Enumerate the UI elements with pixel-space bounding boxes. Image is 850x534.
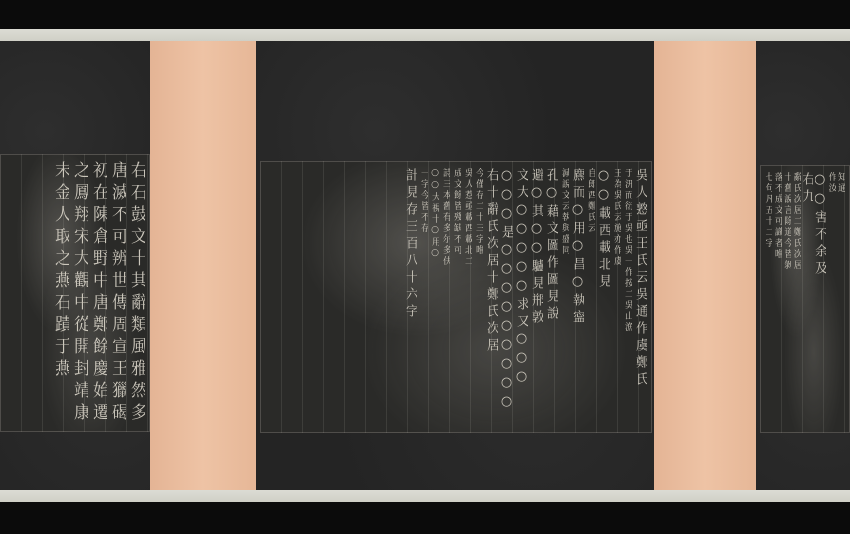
inscription-column: 王為吳氏云施亦作虞 (612, 168, 621, 426)
scroll-mount-top-edge (0, 29, 850, 41)
inscription-column: 避○其○○驢見郱敦 (530, 168, 543, 426)
inscription-column: 右石鼓文十其辭類風雅然多 (128, 161, 145, 425)
inscription-column: 文大○○○○○求又○○○ (515, 168, 528, 426)
inscription-column: 孔○藉文圖作圖見說 (545, 168, 558, 426)
inscription-column: 辭氏次居二鄭氏次居 (793, 172, 800, 426)
inscription-column: 知通 (838, 172, 845, 426)
inscription-column: 減說文云執與盛同 (560, 168, 569, 426)
inscription-column: 詩三本舊有多尔多伕 (441, 168, 450, 426)
scroll-mount-bottom-edge (0, 490, 850, 502)
rubbing-panel-left: 右石鼓文十其辭類風雅然多 唐滅不可辨世傳周宣王獵碣 初在陳倉野中唐鄭餘慶始遷 之… (0, 41, 150, 490)
inscription-columns: 吳人憝亟王氏云吳通作虞鄭氏 于汧而衍于吳也吳一作按二吳山漁 王為吳氏云施亦作虞 … (265, 168, 647, 426)
inscription-column: ○○害不余及 (815, 172, 826, 426)
rubbing-panel-right: 知通 作汝 ○○害不余及 右九 辭氏次居二鄭氏次居 十舊說言除道今皆剝 落不成文… (756, 41, 850, 490)
inscription-column: 末金人取之燕石蹟于燕 (52, 161, 69, 425)
inscription-column: 一字今皆不存 (419, 168, 428, 426)
inscription-columns: 知通 作汝 ○○害不余及 右九 辭氏次居二鄭氏次居 十舊說言除道今皆剝 落不成文… (765, 172, 845, 426)
inscription-columns: 右石鼓文十其辭類風雅然多 唐滅不可辨世傳周宣王獵碣 初在陳倉野中唐鄭餘慶始遷 之… (5, 161, 145, 425)
inscription-column: ○○○是○○○○○○○○○ (500, 168, 513, 426)
inscription-column: 右十辭氏次居十鄭氏次居 (485, 168, 498, 426)
inscription-column: 初在陳倉野中唐鄭餘慶始遷 (90, 161, 107, 425)
inscription-column: 之鳳翔宋大觀中從開封靖康 (71, 161, 88, 425)
inscription-column: ○○載西載北見 (597, 168, 610, 426)
inscription-column: 吳人惹亟載西載北二 (463, 168, 472, 426)
inscription-block-center: 吳人憝亟王氏云吳通作虞鄭氏 于汧而衍于吳也吳一作按二吳山漁 王為吳氏云施亦作虞 … (260, 161, 652, 433)
inscription-block-right: 知通 作汝 ○○害不余及 右九 辭氏次居二鄭氏次居 十舊說言除道今皆剝 落不成文… (760, 165, 850, 433)
inscription-block-left: 右石鼓文十其辭類風雅然多 唐滅不可辨世傳周宣王獵碣 初在陳倉野中唐鄭餘慶始遷 之… (0, 154, 150, 432)
inscription-column: 右九 (803, 172, 814, 426)
rubbing-panel-center: 吳人憝亟王氏云吳通作虞鄭氏 于汧而衍于吳也吳一作按二吳山漁 王為吳氏云施亦作虞 … (256, 41, 654, 490)
inscription-column: 吳人憝亟王氏云吳通作虞鄭氏 (634, 168, 647, 426)
inscription-column: 十舊說言除道今皆剝 (784, 172, 791, 426)
inscription-column: 作汝 (828, 172, 835, 426)
inscription-column: 落不成文可識者唯 (774, 172, 781, 426)
paper-spacer-right (654, 41, 756, 490)
inscription-column: ○○大視十○用○ (430, 168, 439, 426)
inscription-column: 成文餘皆殘缺不可 (452, 168, 461, 426)
paper-spacer-left (150, 41, 256, 490)
inscription-column: 七句凡五十二字 (765, 172, 772, 426)
inscription-column: 于汧而衍于吳也吳一作按二吳山漁 (623, 168, 632, 426)
inscription-column: 計見存三百八十六字 (404, 168, 417, 426)
inscription-column: 麃而○用○昌○執寍 (571, 168, 584, 426)
inscription-column: 自郎西鄭氏云 (586, 168, 595, 426)
inscription-column: 唐滅不可辨世傳周宣王獵碣 (109, 161, 126, 425)
inscription-column: 今僅存二十三字唯 (474, 168, 483, 426)
